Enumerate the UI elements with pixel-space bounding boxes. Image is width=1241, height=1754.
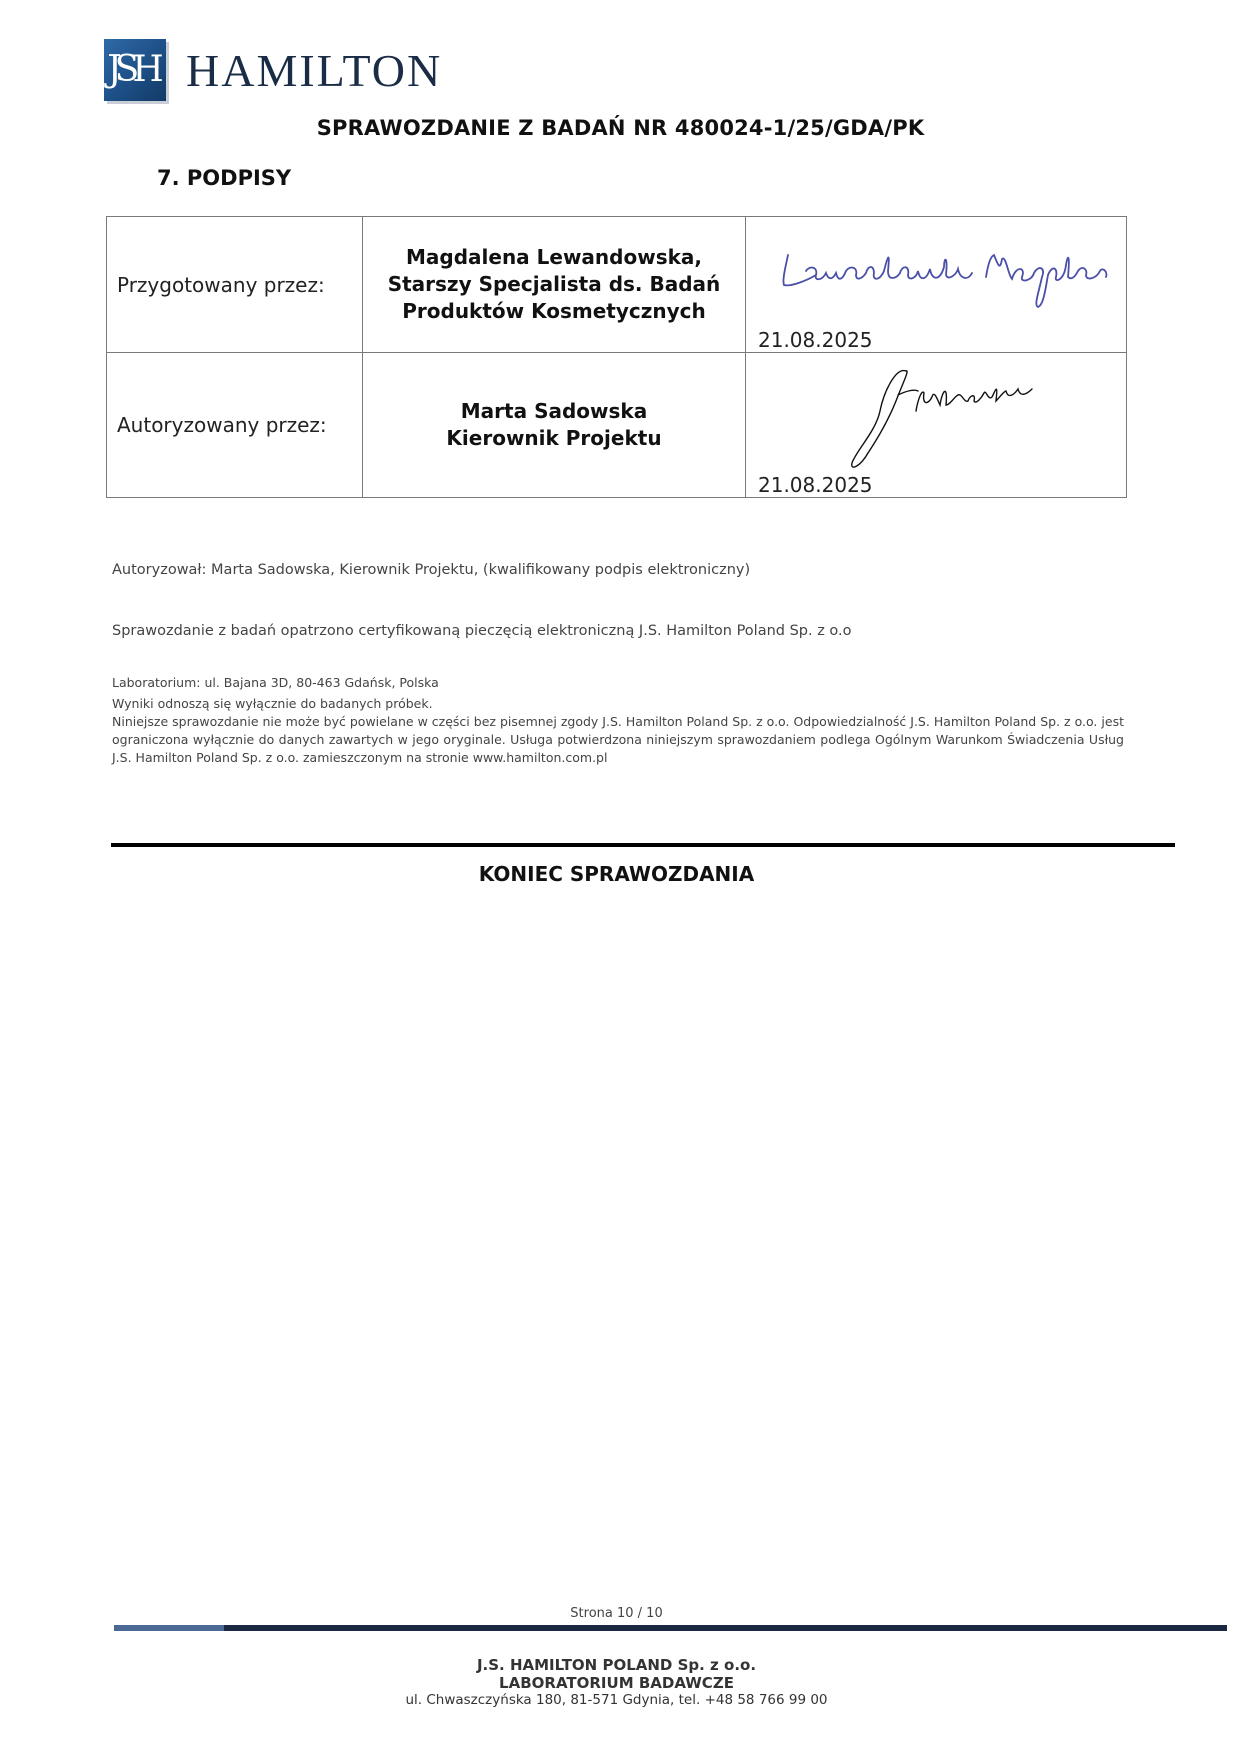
footer-company-name: J.S. HAMILTON POLAND Sp. z o.o. — [0, 1656, 1233, 1674]
divider — [111, 843, 1175, 847]
report-title: SPRAWOZDANIE Z BADAŃ NR 480024-1/25/GDA/… — [0, 116, 1241, 140]
page-number: Strona 10 / 10 — [0, 1606, 1233, 1621]
logo-mark-text: JSH — [107, 52, 157, 88]
role-label: Przygotowany przez: — [107, 217, 363, 353]
logo-mark-icon: JSH — [104, 39, 166, 101]
footer-divider-accent — [114, 1625, 224, 1631]
signature-date: 21.08.2025 — [758, 473, 873, 497]
footer-company: J.S. HAMILTON POLAND Sp. z o.o. LABORATO… — [0, 1656, 1233, 1692]
company-logo: JSH HAMILTON — [104, 37, 442, 103]
table-row: Przygotowany przez: Magdalena Lewandowsk… — [107, 217, 1127, 353]
disclaimer-text: Niniejsze sprawozdanie nie może być powi… — [112, 713, 1124, 767]
signatory-cell: Marta Sadowska Kierownik Projektu — [363, 353, 746, 498]
footer-address: ul. Chwaszczyńska 180, 81-571 Gdynia, te… — [0, 1692, 1233, 1708]
footer-lab-name: LABORATORIUM BADAWCZE — [0, 1674, 1233, 1692]
handwritten-signature-icon — [776, 235, 1116, 315]
electronic-seal-note: Sprawozdanie z badań opatrzono certyfiko… — [112, 623, 852, 639]
signatory-title: Produktów Kosmetycznych — [364, 298, 744, 325]
signatory-name: Marta Sadowska — [364, 398, 744, 425]
signatory-cell: Magdalena Lewandowska, Starszy Specjalis… — [363, 217, 746, 353]
signature-cell: 21.08.2025 — [746, 217, 1127, 353]
end-of-report-title: KONIEC SPRAWOZDANIA — [0, 862, 1233, 886]
signatory-title: Starszy Specjalista ds. Badań — [364, 271, 744, 298]
laboratory-address: Laboratorium: ul. Bajana 3D, 80-463 Gdań… — [112, 674, 1124, 692]
signature-date: 21.08.2025 — [758, 328, 873, 352]
table-row: Autoryzowany przez: Marta Sadowska Kiero… — [107, 353, 1127, 498]
role-label: Autoryzowany przez: — [107, 353, 363, 498]
authorization-note: Autoryzował: Marta Sadowska, Kierownik P… — [112, 562, 750, 578]
handwritten-signature-icon — [836, 361, 1056, 471]
signatures-table: Przygotowany przez: Magdalena Lewandowsk… — [106, 216, 1127, 498]
signatory-name: Magdalena Lewandowska, — [364, 244, 744, 271]
section-title: 7. PODPISY — [157, 166, 291, 190]
footer-divider — [114, 1625, 1227, 1631]
results-scope-note: Wyniki odnoszą się wyłącznie do badanych… — [112, 695, 1124, 713]
signatory-title: Kierownik Projektu — [364, 425, 744, 452]
logo-wordmark: HAMILTON — [186, 44, 442, 97]
signature-cell: 21.08.2025 — [746, 353, 1127, 498]
